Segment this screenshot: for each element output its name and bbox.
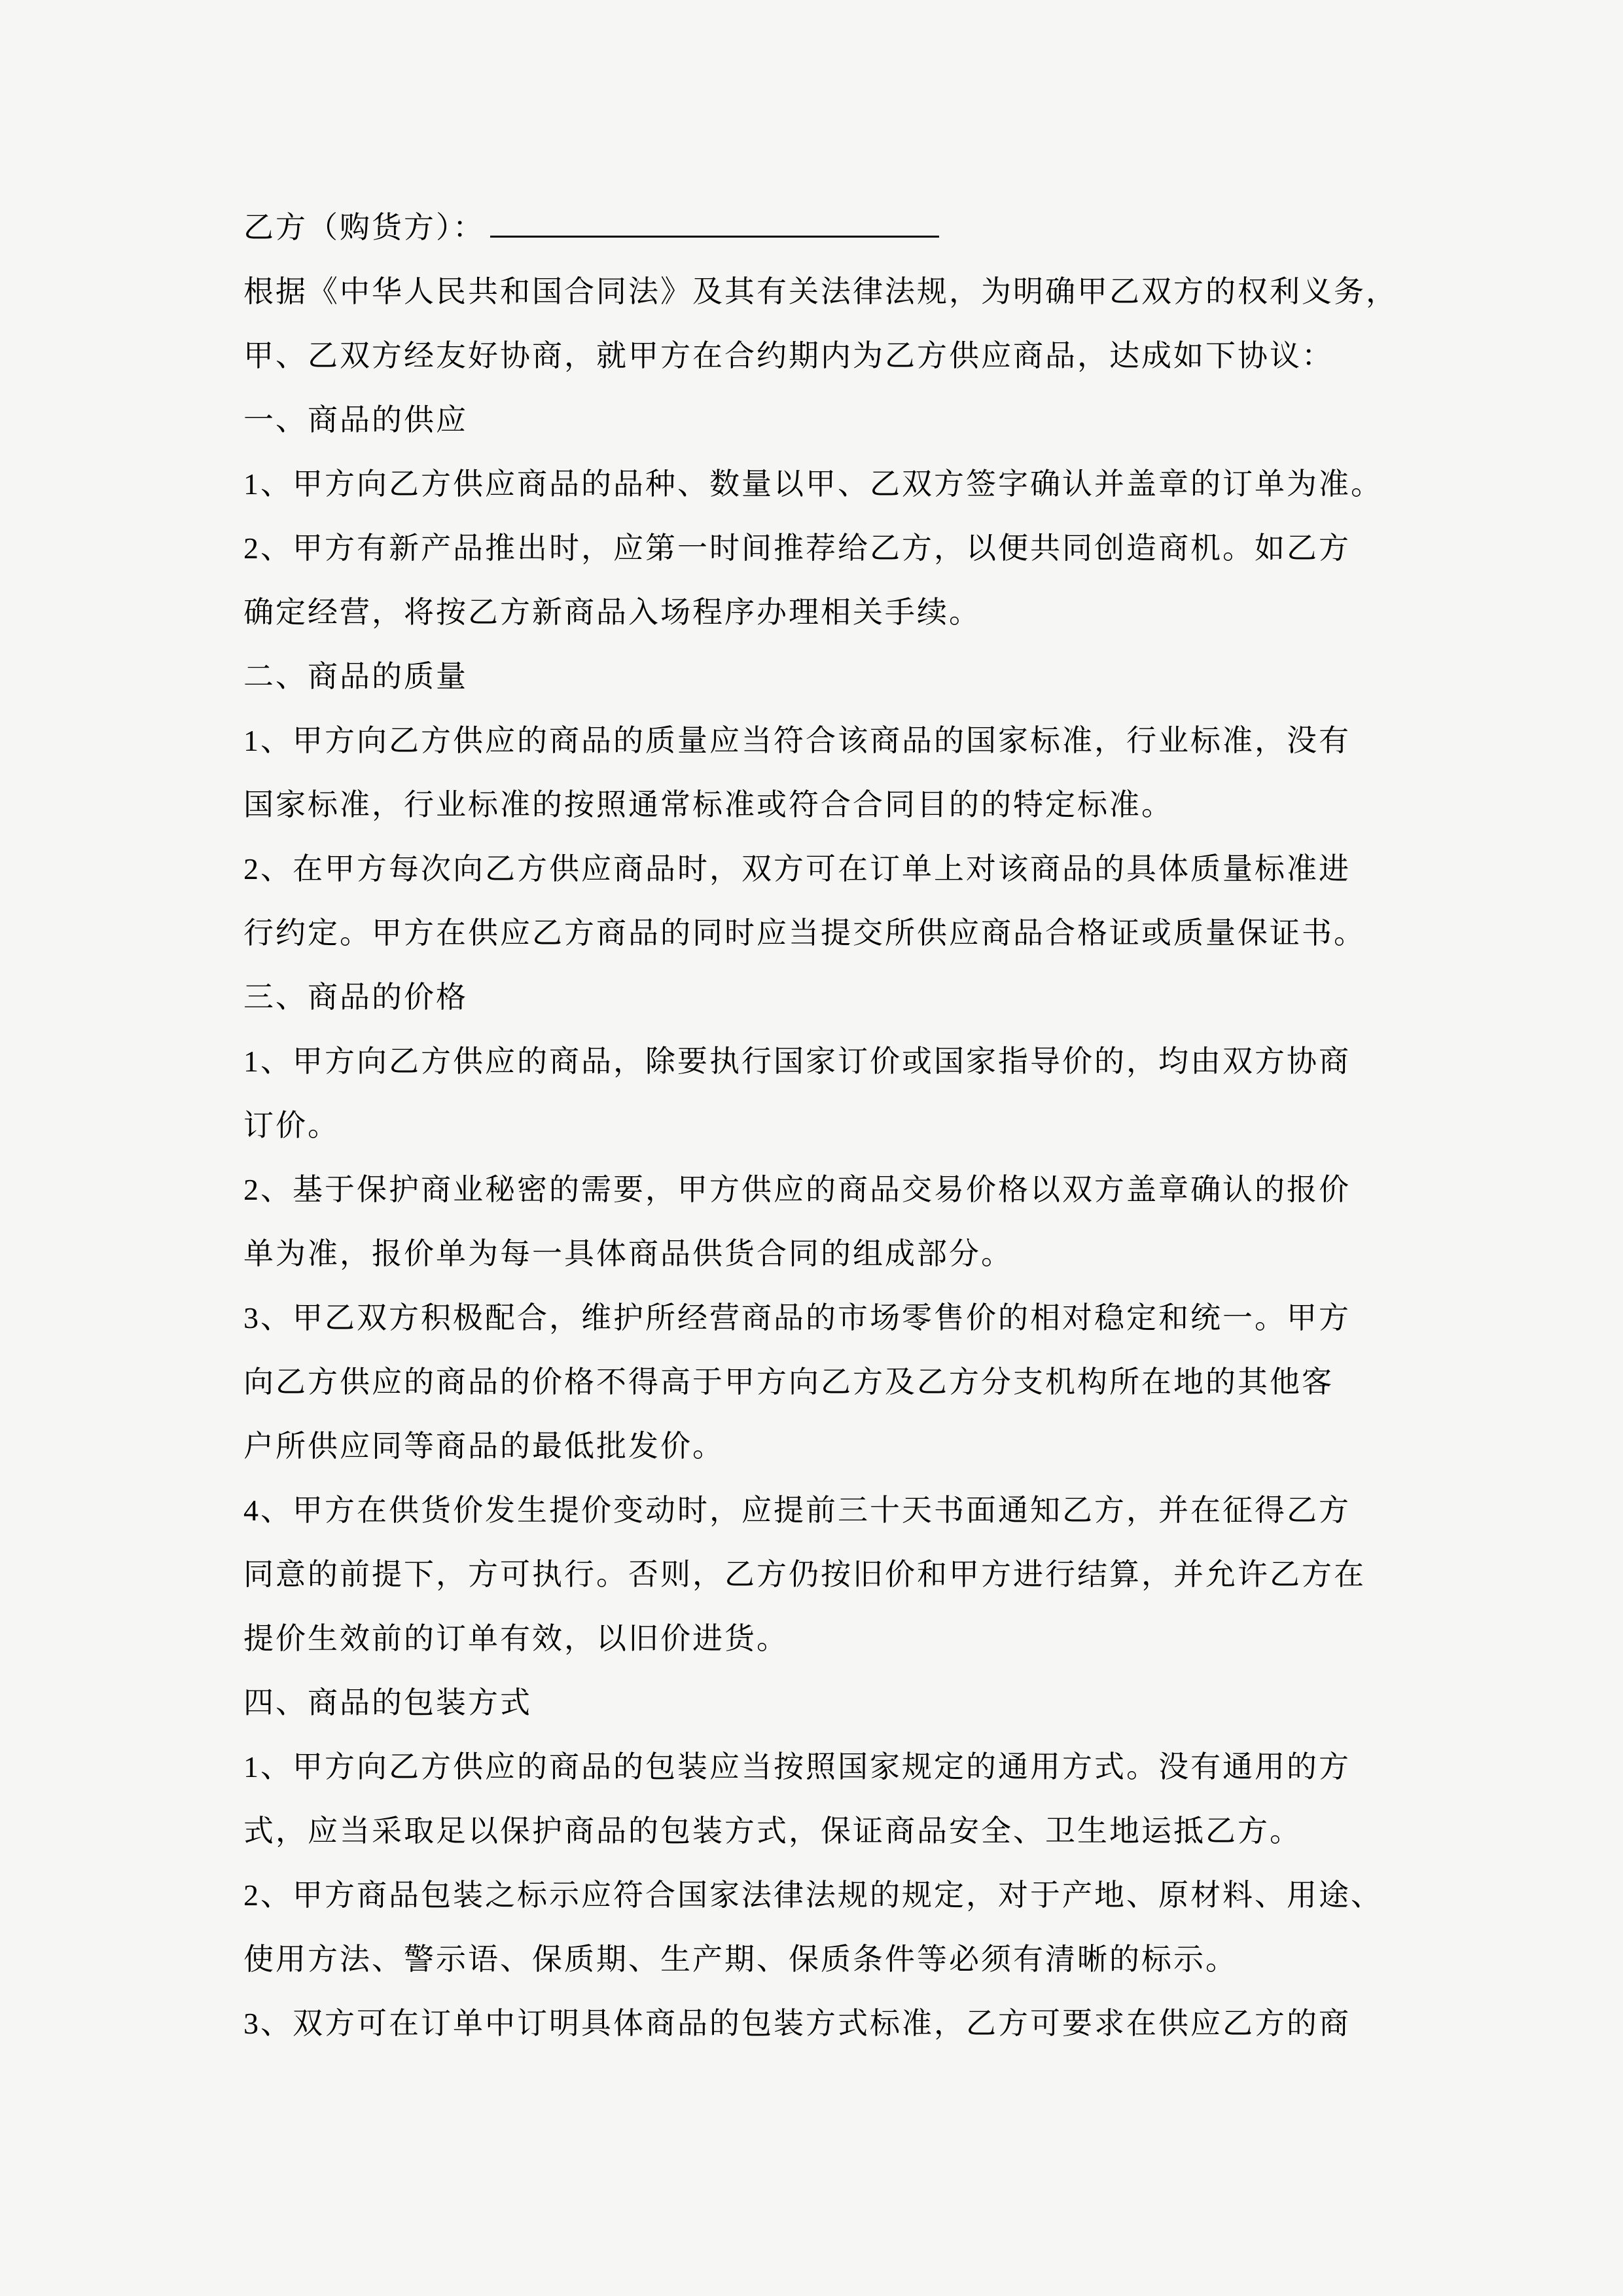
party-b-label: 乙方（购货方）：	[243, 211, 485, 244]
text-line: 2、甲方有新产品推出时，应第一时间推荐给乙方，以便共同创造商机。如乙方	[243, 516, 1415, 581]
text-line: 三、商品的价格	[243, 965, 1415, 1030]
party-b-line: 乙方（购货方）：	[243, 196, 1415, 260]
text-line: 1、甲方向乙方供应商品的品种、数量以甲、乙双方签字确认并盖章的订单为准。	[243, 452, 1415, 516]
document-page: 乙方（购货方）： 根据《中华人民共和国合同法》及其有关法律法规，为明确甲乙双方的…	[0, 0, 1623, 2296]
text-line: 4、甲方在供货价发生提价变动时，应提前三十天书面通知乙方，并在征得乙方	[243, 1479, 1415, 1543]
text-line: 使用方法、警示语、保质期、生产期、保质条件等必须有清晰的标示。	[243, 1928, 1415, 1992]
text-line: 国家标准，行业标准的按照通常标准或符合合同目的的特定标准。	[243, 773, 1415, 837]
text-line: 四、商品的包装方式	[243, 1671, 1415, 1735]
text-line: 单为准，报价单为每一具体商品供货合同的组成部分。	[243, 1222, 1415, 1286]
text-line: 3、甲乙双方积极配合，维护所经营商品的市场零售价的相对稳定和统一。甲方	[243, 1286, 1415, 1350]
text-line: 3、双方可在订单中订明具体商品的包装方式标准，乙方可要求在供应乙方的商	[243, 1992, 1415, 2056]
text-line: 提价生效前的订单有效，以旧价进货。	[243, 1607, 1415, 1671]
contract-body: 乙方（购货方）： 根据《中华人民共和国合同法》及其有关法律法规，为明确甲乙双方的…	[243, 196, 1415, 2056]
text-line: 一、商品的供应	[243, 388, 1415, 452]
party-b-blank-underline	[490, 233, 939, 238]
text-line: 2、甲方商品包装之标示应符合国家法律法规的规定，对于产地、原材料、用途、	[243, 1863, 1415, 1928]
text-line: 同意的前提下，方可执行。否则，乙方仍按旧价和甲方进行结算，并允许乙方在	[243, 1543, 1415, 1607]
text-line: 1、甲方向乙方供应的商品，除要执行国家订价或国家指导价的，均由双方协商	[243, 1030, 1415, 1094]
text-line: 订价。	[243, 1094, 1415, 1158]
text-line: 二、商品的质量	[243, 645, 1415, 709]
text-line: 2、基于保护商业秘密的需要，甲方供应的商品交易价格以双方盖章确认的报价	[243, 1158, 1415, 1222]
text-line: 2、在甲方每次向乙方供应商品时，双方可在订单上对该商品的具体质量标准进	[243, 837, 1415, 901]
text-line: 式，应当采取足以保护商品的包装方式，保证商品安全、卫生地运抵乙方。	[243, 1799, 1415, 1863]
text-line: 户所供应同等商品的最低批发价。	[243, 1414, 1415, 1479]
contract-lines: 根据《中华人民共和国合同法》及其有关法律法规，为明确甲乙双方的权利义务，甲、乙双…	[243, 260, 1415, 2056]
text-line: 行约定。甲方在供应乙方商品的同时应当提交所供应商品合格证或质量保证书。	[243, 901, 1415, 965]
text-line: 1、甲方向乙方供应的商品的包装应当按照国家规定的通用方式。没有通用的方	[243, 1735, 1415, 1799]
text-line: 甲、乙双方经友好协商，就甲方在合约期内为乙方供应商品，达成如下协议：	[243, 324, 1415, 388]
text-line: 1、甲方向乙方供应的商品的质量应当符合该商品的国家标准，行业标准，没有	[243, 709, 1415, 773]
text-line: 向乙方供应的商品的价格不得高于甲方向乙方及乙方分支机构所在地的其他客	[243, 1350, 1415, 1414]
text-line: 确定经营，将按乙方新商品入场程序办理相关手续。	[243, 581, 1415, 645]
text-line: 根据《中华人民共和国合同法》及其有关法律法规，为明确甲乙双方的权利义务，	[243, 260, 1415, 324]
